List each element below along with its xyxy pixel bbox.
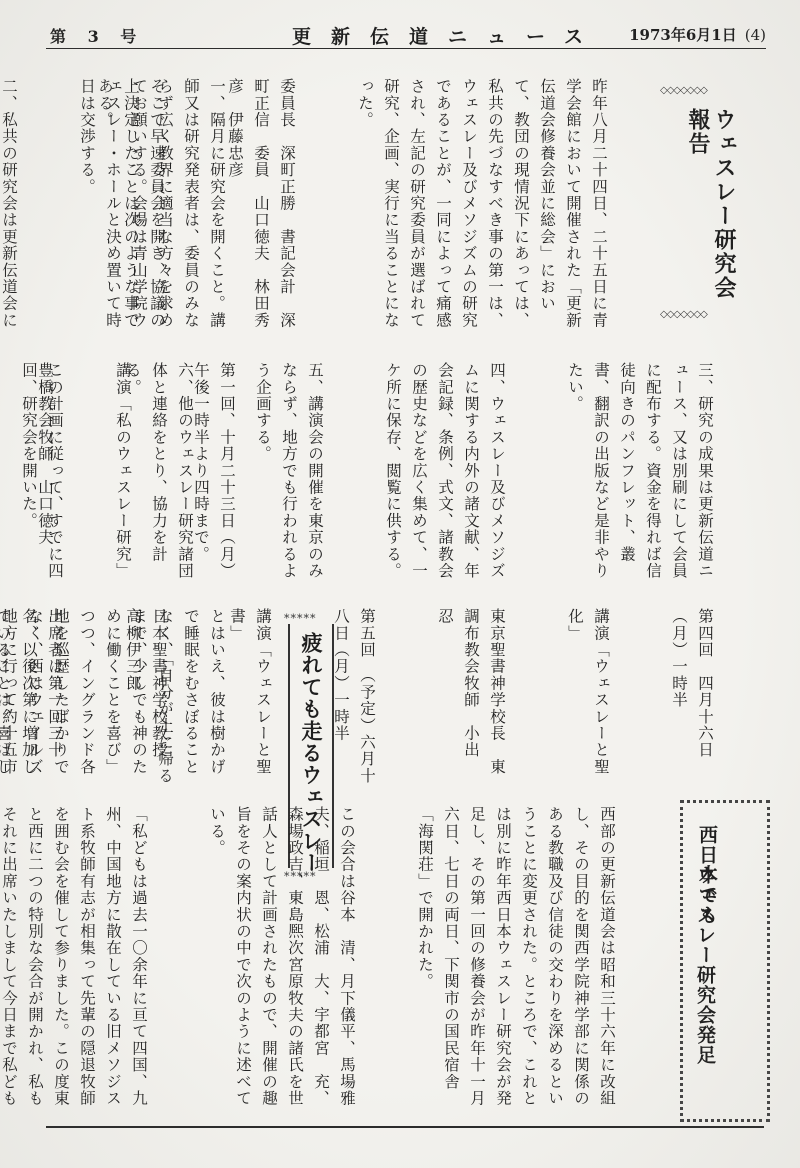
west-japan-body: 西部の更新伝道会は昭和三十六年に改組し、その目的を関西学院神学部に関係のある教職… [46, 806, 672, 1116]
wesley-report-headline: ウェスレー研究会報告 [684, 108, 736, 322]
wesley-report-intro: 昨年八月二十四日、二十五日に青学会館において開催された「更新伝道会修養会並に総会… [286, 78, 664, 342]
issue-number: 第 3 号 [50, 24, 144, 47]
session-label: 第一回、十月二十三日（月）午後一時半より四時まで。 [188, 362, 240, 588]
list-item: 四、ウェスレー及びメソジズムに関する内外の諸文献、年会記録、条例、式文、諸教会の… [380, 362, 510, 588]
sessions-1-3: 第一回、十月二十三日（月）午後一時半より四時まで。 講演「私のウェスレー研究」 … [46, 362, 292, 588]
page-number: (4) [745, 26, 766, 44]
session-label: 第四回 四月十六日（月）一時半 [666, 608, 718, 790]
session-talk: 講演「ウェスレーと聖化」 [562, 608, 614, 790]
paragraph: 昨年八月二十四日、二十五日に青学会館において開催された「更新伝道会修養会並に総会… [352, 78, 612, 342]
wesley-report-headline-box: ◇◇◇◇◇◇◇ ウェスレー研究会報告 ◇◇◇◇◇◇◇ [668, 86, 728, 322]
list-item: 一、隔月に研究会を開くこと。講師又は研究発表者は、委員のみならず広く教界に適当な… [74, 78, 230, 342]
paragraph: 西部の更新伝道会は昭和三十六年に改組し、その目的を関西学院神学部に関係のある教職… [412, 806, 620, 1116]
session-speaker: 豊橋教会牧師 山口徳夫 [32, 362, 58, 588]
newspaper-title: 更新伝道ニュース [292, 22, 603, 49]
issue-date: 1973年6月1日(4) [629, 24, 766, 45]
diamond-border-icon: ◇◇◇◇◇◇◇ [660, 86, 760, 96]
paragraph: この会合は谷本 清、月下儀平、馬場雅夫、稲垣 恩、松浦 大、宇都宮 充、森場政吉… [204, 806, 360, 1116]
masthead: 第 3 号 更新伝道ニュース 1973年6月1日(4) [46, 22, 766, 49]
newspaper-page: 第 3 号 更新伝道ニュース 1973年6月1日(4) ◇◇◇◇◇◇◇ ウェスレ… [0, 0, 800, 1168]
list-item: 三、研究の成果は更新伝道ニュース、又は別刷にして会員に配布する。資金を得れば信徒… [562, 362, 718, 588]
session-speaker: 東京聖書神学校長 東調布教会牧師 小出 忍 [432, 608, 510, 790]
sessions-4-5-and-closing: 第四回 四月十六日（月）一時半 講演「ウェスレーと聖化」 東京聖書神学校長 東調… [336, 608, 770, 790]
wesley-report-items-3-6: 三、研究の成果は更新伝道ニュース、又は別刷にして会員に配布する。資金を得れば信徒… [296, 362, 770, 588]
date-text: 1973年6月1日 [629, 26, 737, 44]
session-label: 第五回 （予定）六月十八日（月）一時半 [328, 608, 380, 790]
diamond-border-icon: ◇◇◇◇◇◇◇ [660, 310, 760, 320]
paragraph: とはいえ、彼は樹かげで睡眠をむさぼることなく、「自分が土に帰るまで、少しでも神の… [0, 608, 230, 790]
session-talk: 講演「私のウェスレー研究」 [110, 362, 136, 588]
bottom-rule [46, 1126, 764, 1128]
list-item: 二、私共の研究会は更新伝道会に所属するから、単なる学問的興味とレベルの高い研究の… [0, 78, 22, 342]
west-japan-headline-box: 西日本でも ウェスレー研究会発足 [680, 800, 770, 1122]
paragraph: 「私どもは過去一〇余年に亘て四国、九州、中国地方に散在している旧メソジスト系牧師… [0, 806, 152, 1116]
tired-wesley-body: とはいえ、彼は樹かげで睡眠をむさぼることなく、「自分が土に帰るまで、少しでも神の… [46, 608, 282, 790]
wesley-report-items-1-2: 一、隔月に研究会を開くこと。講師又は研究発表者は、委員のみならず広く教界に適当な… [46, 78, 282, 342]
west-japan-headline-line2: ウェスレー研究会発足 [691, 865, 719, 1065]
